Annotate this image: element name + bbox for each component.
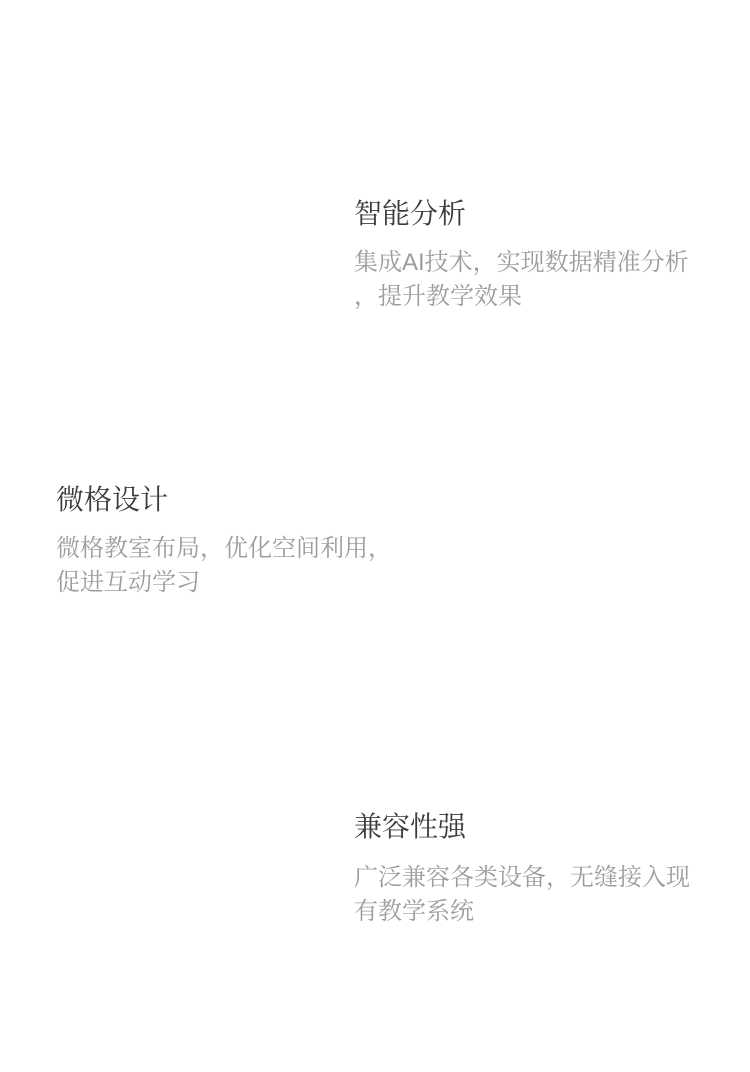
feature-description: 微格教室布局，优化空间利用， 促进互动学习 [56, 532, 416, 600]
feature-description: 集成AI技术，实现数据精准分析 ，提升教学效果 [354, 246, 714, 314]
feature-page: 智能分析 集成AI技术，实现数据精准分析 ，提升教学效果 微格设计 微格教室布局… [0, 0, 750, 1072]
feature-description: 广泛兼容各类设备，无缝接入现 有教学系统 [354, 861, 714, 929]
feature-title: 智能分析 [354, 200, 714, 228]
feature-section-microteaching-design: 微格设计 微格教室布局，优化空间利用， 促进互动学习 [56, 486, 416, 600]
feature-title: 微格设计 [56, 486, 416, 514]
feature-description-line: 集成AI技术，实现数据精准分析 [354, 246, 714, 280]
feature-description-line: 促进互动学习 [56, 566, 416, 600]
feature-section-smart-analysis: 智能分析 集成AI技术，实现数据精准分析 ，提升教学效果 [354, 200, 714, 314]
feature-section-compatibility: 兼容性强 广泛兼容各类设备，无缝接入现 有教学系统 [354, 813, 714, 929]
feature-description-line: 微格教室布局，优化空间利用， [56, 532, 416, 566]
feature-title: 兼容性强 [354, 813, 714, 841]
feature-description-line: 广泛兼容各类设备，无缝接入现 [354, 861, 714, 895]
feature-description-line: ，提升教学效果 [354, 280, 714, 314]
feature-description-line: 有教学系统 [354, 895, 714, 929]
